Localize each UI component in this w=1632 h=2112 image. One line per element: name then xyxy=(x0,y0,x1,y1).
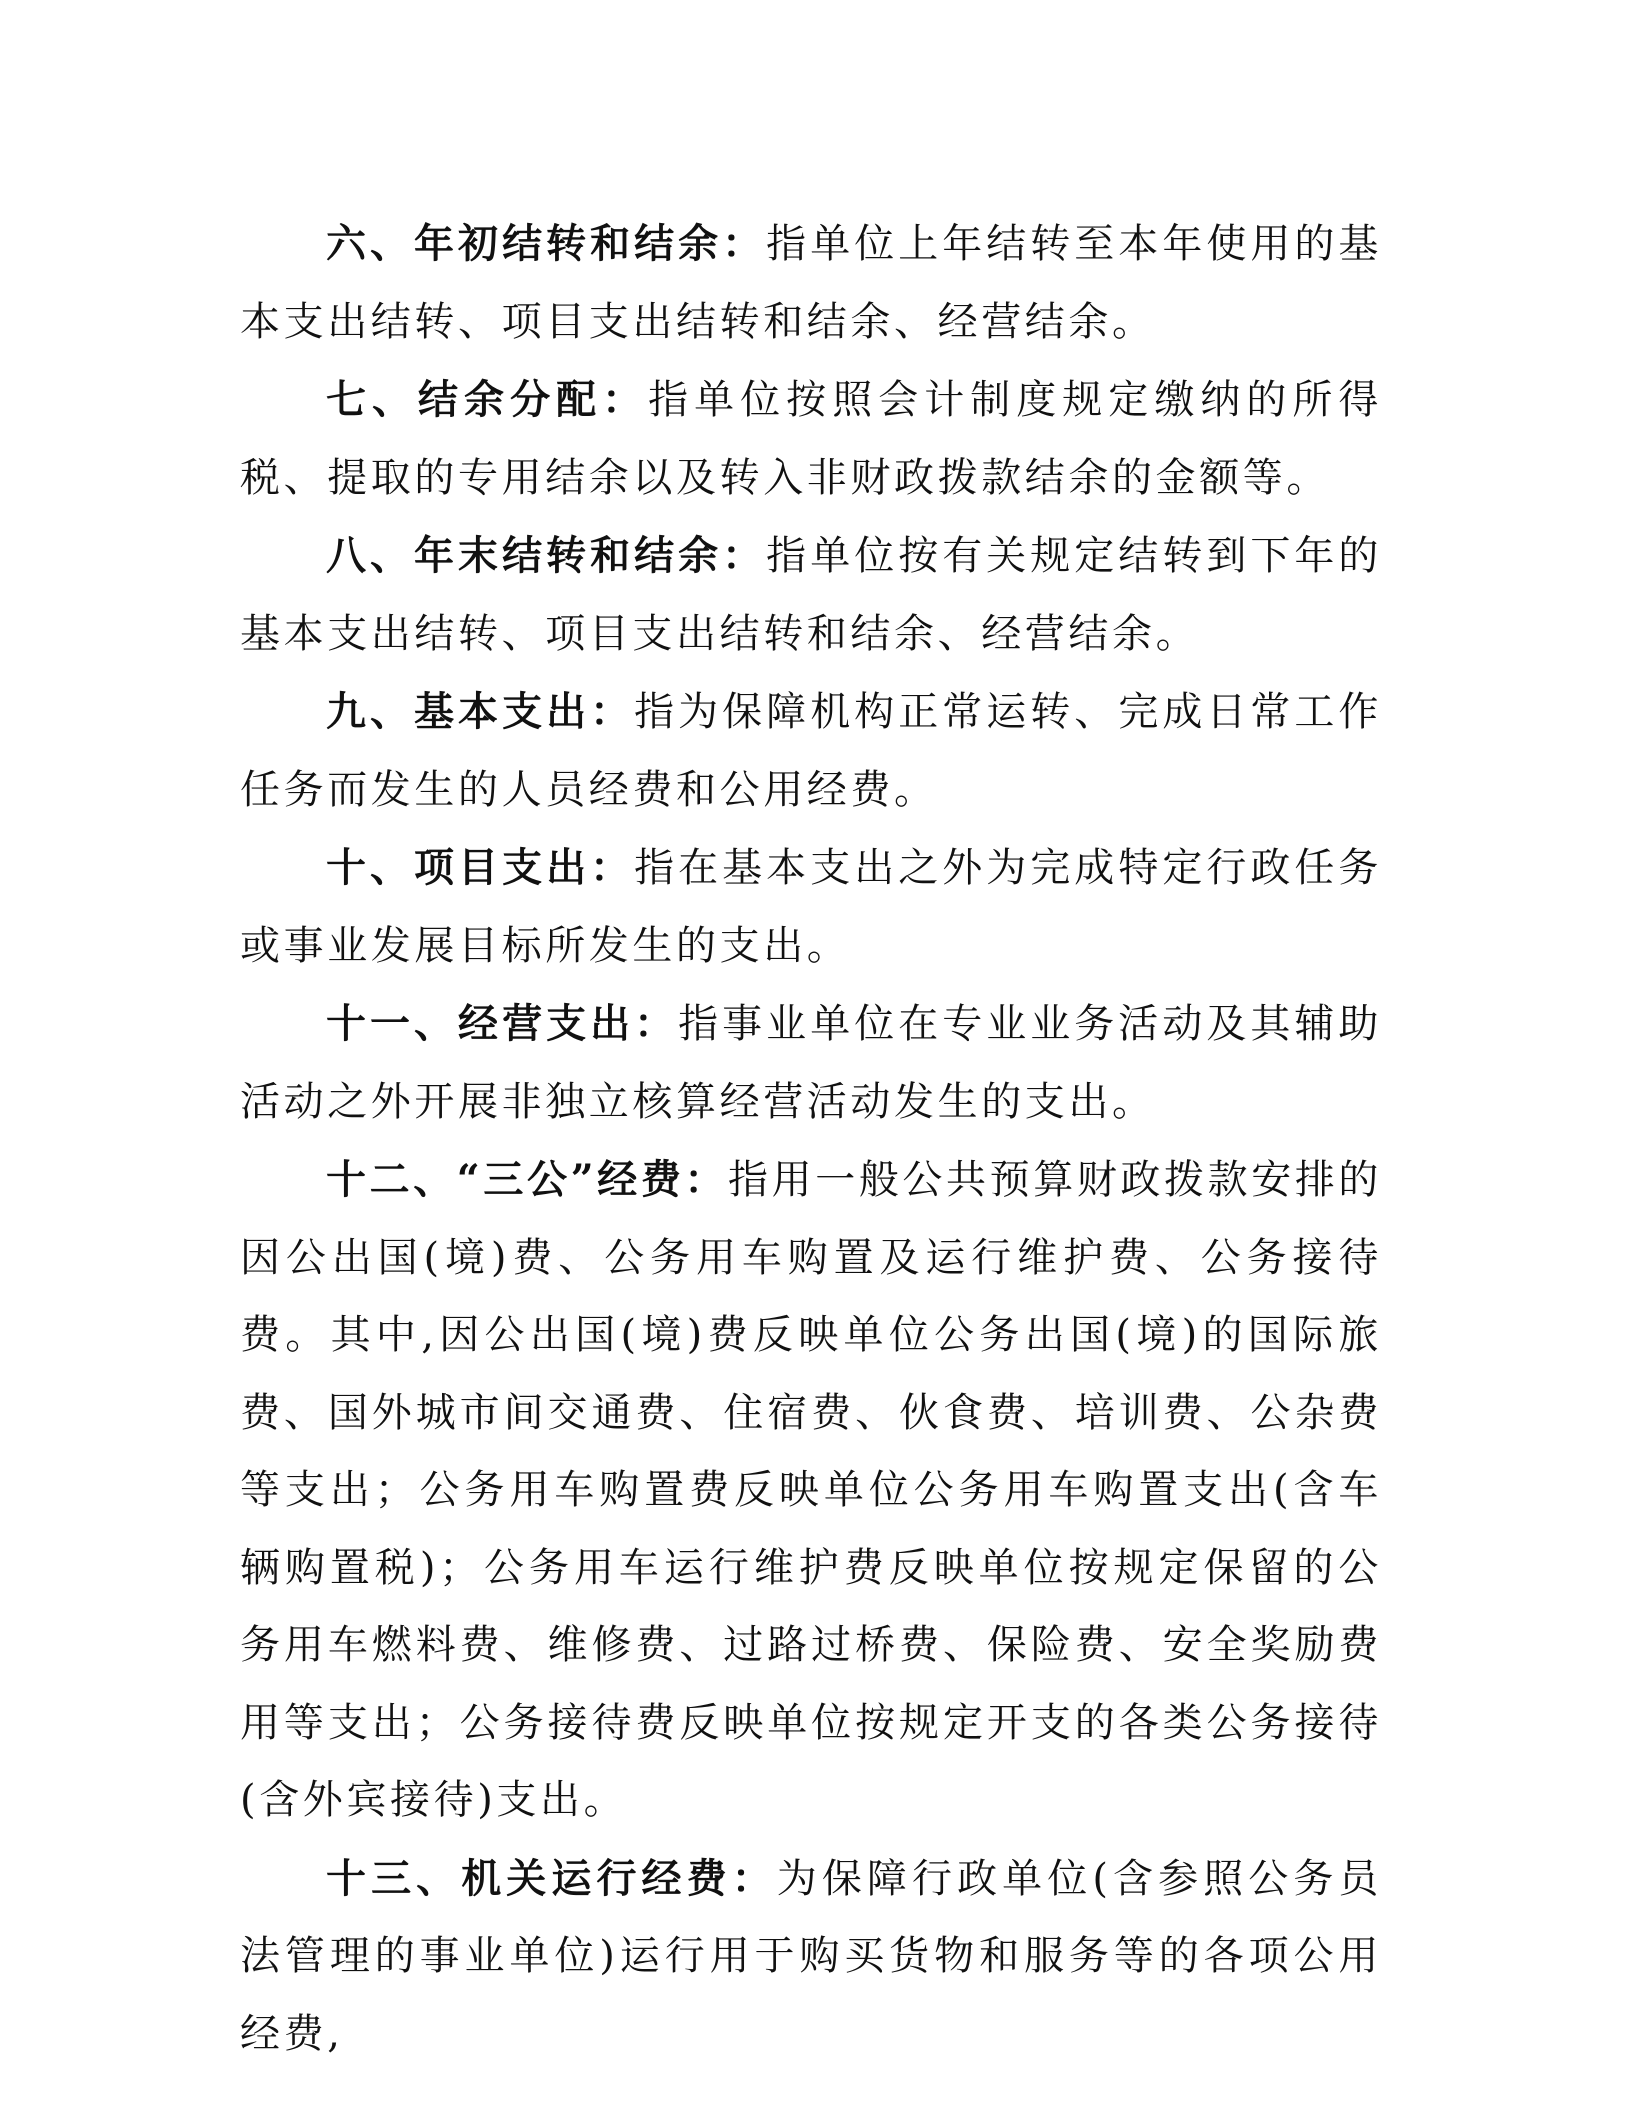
paragraph-opening-carryover: 六、年初结转和结余：指单位上年结转至本年使用的基本支出结转、项目支出结转和结余、… xyxy=(240,205,1382,361)
term-definition: 指用一般公共预算财政拨款安排的因公出国(境)费、公务用车购置及运行维护费、公务接… xyxy=(240,1157,1382,1823)
term-heading: 八、年末结转和结余： xyxy=(326,532,766,579)
term-heading: 十、项目支出： xyxy=(326,844,634,891)
paragraph-agency-operating-costs: 十三、机关运行经费：为保障行政单位(含参照公务员法管理的事业单位)运行用于购买货… xyxy=(240,1840,1382,2074)
document-page: 六、年初结转和结余：指单位上年结转至本年使用的基本支出结转、项目支出结转和结余、… xyxy=(240,205,1382,2073)
term-heading: 七、结余分配： xyxy=(326,376,648,423)
paragraph-basic-expenditure: 九、基本支出：指为保障机构正常运转、完成日常工作任务而发生的人员经费和公用经费。 xyxy=(240,673,1382,829)
term-heading: 六、年初结转和结余： xyxy=(326,220,766,267)
term-heading: 十三、机关运行经费： xyxy=(326,1855,777,1902)
paragraph-project-expenditure: 十、项目支出：指在基本支出之外为完成特定行政任务或事业发展目标所发生的支出。 xyxy=(240,829,1382,985)
term-heading: 十二、“三公”经费： xyxy=(326,1156,728,1203)
term-heading: 九、基本支出： xyxy=(326,688,634,735)
paragraph-three-public-expenses: 十二、“三公”经费：指用一般公共预算财政拨款安排的因公出国(境)费、公务用车购置… xyxy=(240,1141,1382,1840)
paragraph-surplus-distribution: 七、结余分配：指单位按照会计制度规定缴纳的所得税、提取的专用结余以及转入非财政拨… xyxy=(240,361,1382,517)
paragraph-operating-expenditure: 十一、经营支出：指事业单位在专业业务活动及其辅助活动之外开展非独立核算经营活动发… xyxy=(240,985,1382,1141)
term-heading: 十一、经营支出： xyxy=(326,1000,678,1047)
paragraph-closing-carryover: 八、年末结转和结余：指单位按有关规定结转到下年的基本支出结转、项目支出结转和结余… xyxy=(240,517,1382,673)
